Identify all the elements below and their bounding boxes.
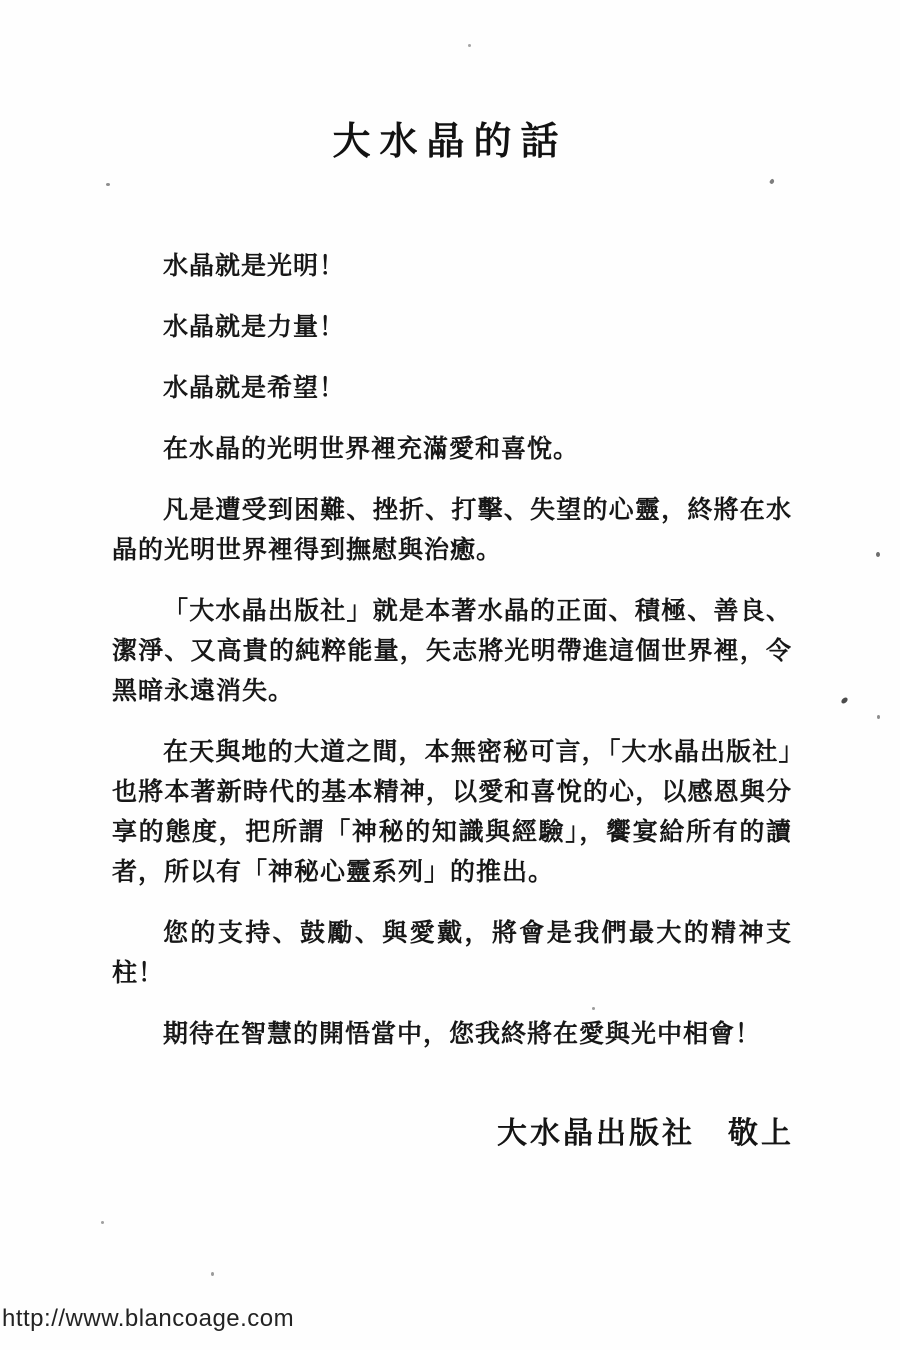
- scanned-book-page: 大水晶的話 水晶就是光明！ 水晶就是力量！ 水晶就是希望！ 在水晶的光明世界裡充…: [0, 0, 900, 1350]
- page-title: 大水晶的話: [0, 110, 900, 165]
- scan-speck: [101, 1221, 104, 1224]
- paragraph-meet-in-light: 期待在智慧的開悟當中，您我終將在愛與光中相會！: [112, 1015, 792, 1055]
- paragraph-crystal-is-light: 水晶就是光明！: [112, 247, 792, 287]
- scan-speck: [877, 715, 880, 719]
- letter-body: 水晶就是光明！ 水晶就是力量！ 水晶就是希望！ 在水晶的光明世界裡充滿愛和喜悅。…: [112, 247, 792, 1076]
- scan-speck: [876, 552, 880, 557]
- watermark-url: http://www.blancoage.com: [2, 1305, 294, 1333]
- scan-speck: [468, 44, 471, 47]
- scan-speck: [592, 1007, 595, 1010]
- publisher-signature: 大水晶出版社 敬上: [100, 1108, 794, 1152]
- paragraph-publisher-mission: 「大水晶出版社」就是本著水晶的正面、積極、善良、潔淨、又高貴的純粹能量，矢志將光…: [112, 592, 792, 712]
- scan-speck: [211, 1272, 214, 1276]
- paragraph-world-of-light: 在水晶的光明世界裡充滿愛和喜悅。: [112, 430, 792, 470]
- paragraph-crystal-is-power: 水晶就是力量！: [112, 308, 792, 348]
- paragraph-comfort-healing: 凡是遭受到困難、挫折、打擊、失望的心靈，終將在水晶的光明世界裡得到撫慰與治癒。: [112, 491, 792, 571]
- scan-speck: [840, 696, 848, 705]
- scan-speck: [769, 178, 775, 184]
- scan-speck: [106, 183, 110, 186]
- paragraph-new-age-spirit: 在天與地的大道之間，本無密秘可言，「大水晶出版社」也將本著新時代的基本精神，以愛…: [112, 733, 792, 893]
- paragraph-crystal-is-hope: 水晶就是希望！: [112, 369, 792, 409]
- paragraph-support-thanks: 您的支持、鼓勵、與愛戴，將會是我們最大的精神支柱！: [112, 914, 792, 994]
